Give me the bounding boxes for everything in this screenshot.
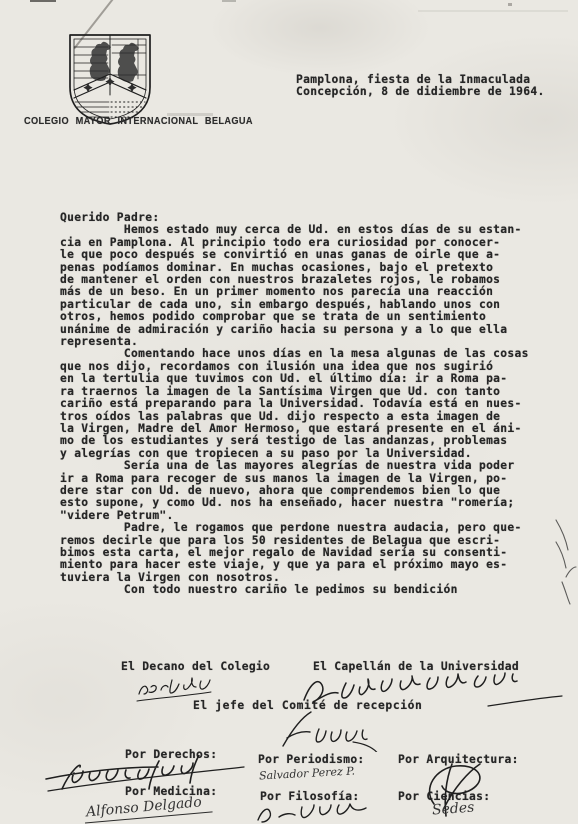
dateline: Pamplona, fiesta de la Inmaculada Concep…	[296, 74, 545, 99]
closing-line: Con todo nuestro cariño le pedimos su be…	[60, 584, 529, 596]
dean-title: El Decano del Colegio	[121, 661, 270, 673]
letter-body: Querido Padre: Hemos estado muy cerca de…	[60, 212, 529, 597]
lion-rampant-right	[118, 43, 139, 82]
paragraph-4: Padre, le rogamos que perdone nuestra au…	[60, 522, 529, 584]
scan-speck	[508, 3, 512, 6]
belagua-coat-of-arms-icon	[64, 31, 156, 127]
scanned-letter-page: COLEGIO MAYOR INTERNACIONAL BELAGUA Pamp…	[0, 0, 578, 824]
paragraph-1: Hemos estado muy cerca de Ud. en estos d…	[60, 224, 529, 348]
signature-medicina-handwriting: Alfonso Delgado	[83, 793, 212, 823]
signature-filosofia-handwriting	[252, 800, 382, 824]
scan-speck	[222, 0, 236, 2]
scan-speck	[30, 0, 56, 2]
paragraph-3: Sería una de las mayores alegrías de nue…	[60, 460, 529, 522]
letterhead-institution-name: COLEGIO MAYOR INTERNACIONAL BELAGUA	[24, 116, 253, 127]
stray-pen-mark	[546, 515, 578, 607]
paragraph-2: Comentando hace unos días en la mesa alg…	[60, 348, 529, 460]
signature-dean-handwriting	[133, 676, 217, 706]
signature-committee-chief-handwriting	[253, 710, 389, 752]
signature-ciencias-handwriting: Sedes	[431, 800, 474, 819]
signature-derechos-handwriting	[40, 755, 252, 797]
signature-periodismo-handwriting: Salvador Perez P.	[259, 764, 356, 782]
signature-chaplain-handwriting	[296, 668, 568, 712]
scan-smudge	[418, 10, 568, 12]
